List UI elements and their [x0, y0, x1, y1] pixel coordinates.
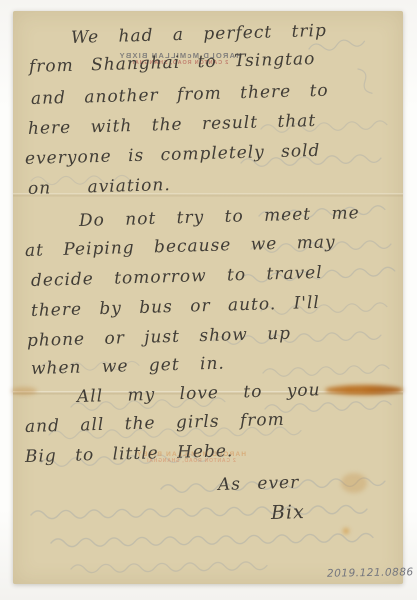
letter-line: at Peiping because we may	[25, 232, 336, 261]
accession-number: 2019.121.0886	[327, 566, 414, 580]
signature-closing: As ever	[218, 473, 300, 495]
letter-line: phone or just show up	[27, 324, 292, 351]
letter-line: We had a perfect trip	[71, 21, 327, 48]
letter-paper: HAROLD McMILLAN BIXBY 2 CANTON ROAD, SHA…	[13, 11, 403, 584]
letter-body: We had a perfect trip from Shanghai to T…	[13, 11, 403, 584]
letter-line: Big to little Hebe.	[25, 441, 234, 467]
letter-line: Do not try to meet me	[79, 203, 360, 231]
scan-background: HAROLD McMILLAN BIXBY 2 CANTON ROAD, SHA…	[0, 0, 417, 600]
letter-line: and all the girls from	[25, 410, 285, 437]
letter-line: there by bus or auto. I'll	[31, 293, 320, 321]
letter-line: here with the result that	[28, 111, 317, 139]
letter-line: and another from there to	[31, 81, 329, 109]
letter-line: from Shanghai to Tsingtao	[29, 49, 316, 77]
letter-line: All my love to you	[77, 380, 321, 407]
letter-line: when we get in.	[31, 354, 225, 379]
signature-name: Bix	[271, 501, 305, 524]
letter-line: decide tomorrow to travel	[31, 263, 323, 291]
letter-line: everyone is completely sold	[25, 141, 321, 169]
letter-line: on aviation.	[28, 175, 171, 199]
